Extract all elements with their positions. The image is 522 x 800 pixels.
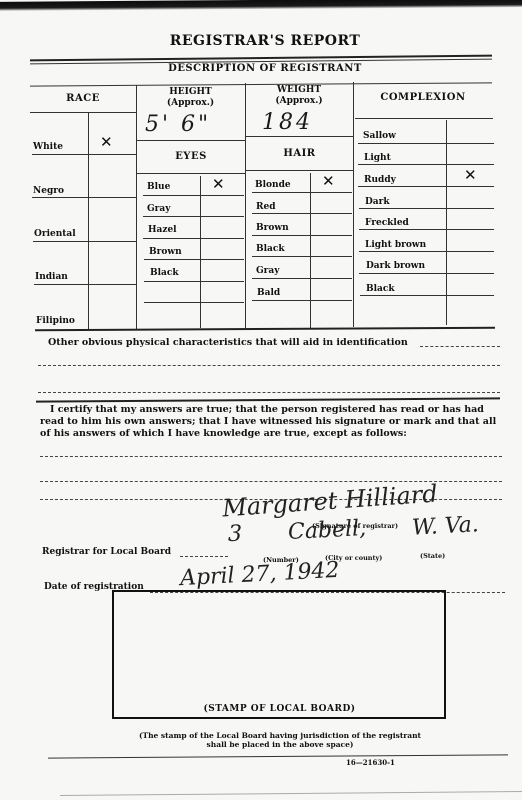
race-indian-checkbox[interactable] [89, 242, 135, 282]
race-header-rule [30, 112, 136, 113]
weight-rule [246, 136, 353, 137]
exceptions-line-1[interactable] [40, 456, 502, 457]
complexion-option-light: Light [364, 153, 391, 163]
race-option-white: White [33, 142, 63, 152]
eyes-row-rule [144, 302, 244, 303]
eyes-option-blue: Blue [147, 182, 170, 192]
eyes-blue-checkbox[interactable]: ✕ [212, 175, 225, 193]
board-state[interactable]: W. Va. [411, 512, 479, 540]
hair-brown-checkbox[interactable] [312, 215, 352, 234]
complexion-row-rule [359, 208, 494, 209]
weight-header-label: WEIGHT [245, 85, 353, 96]
hair-black-checkbox[interactable] [312, 237, 352, 255]
other-characteristics-input[interactable] [420, 346, 500, 347]
hair-option-blonde: Blonde [255, 180, 291, 190]
local-board-stamp-box[interactable] [112, 590, 446, 719]
hair-header: HAIR [246, 148, 353, 159]
race-option-oriental: Oriental [34, 229, 76, 239]
height-header-label: HEIGHT [136, 87, 245, 98]
hair-row-rule [252, 213, 352, 214]
hair-option-black: Black [256, 244, 285, 254]
eyes-row-rule [144, 281, 244, 282]
hair-row-rule [252, 235, 352, 236]
height-header: HEIGHT (Approx.) [136, 87, 245, 109]
complexion-option-light-brown: Light brown [365, 240, 426, 250]
eyes-header: EYES [137, 151, 245, 162]
height-value[interactable]: 5' 6" [145, 112, 211, 137]
complexion-header: COMPLEXION [353, 92, 493, 103]
eyes-option-hazel: Hazel [148, 225, 177, 235]
complexion-row-rule [359, 229, 494, 230]
weight-header-sub: (Approx.) [245, 96, 353, 107]
complexion-option-dark-brown: Dark brown [366, 261, 425, 271]
hair-option-bald: Bald [257, 288, 280, 298]
height-rule [137, 140, 245, 141]
page-edge [60, 791, 522, 796]
local-board-leader [180, 556, 228, 557]
eyes-check-divider [200, 176, 201, 328]
hair-row-rule [252, 300, 352, 301]
stamp-note: (The stamp of the Local Board having jur… [100, 731, 460, 749]
complexion-light-checkbox[interactable] [448, 144, 493, 163]
complexion-light-brown-checkbox[interactable] [448, 231, 493, 250]
stamp-note-line-1: (The stamp of the Local Board having jur… [100, 731, 460, 740]
date-of-registration-value[interactable]: April 27, 1942 [179, 558, 340, 591]
table-bottom-rule [35, 327, 495, 331]
certification-text: I certify that my answers are true; that… [40, 404, 502, 440]
section-subtitle: DESCRIPTION OF REGISTRANT [150, 63, 380, 74]
eyes-black-checkbox[interactable] [202, 261, 244, 280]
complexion-row-rule [360, 295, 494, 296]
col-divider [245, 83, 246, 328]
hair-row-rule [252, 192, 352, 193]
weight-value[interactable]: 184 [262, 110, 313, 135]
race-option-filipino: Filipino [36, 316, 75, 326]
eyes-option-black: Black [150, 268, 179, 278]
height-header-sub: (Approx.) [136, 98, 245, 109]
eyes-gray-checkbox[interactable] [202, 197, 244, 215]
hair-check-divider [310, 173, 311, 328]
section-rule [36, 397, 500, 402]
other-characteristics-line-2[interactable] [38, 365, 500, 366]
complexion-sallow-checkbox[interactable] [448, 122, 493, 142]
eyes-option-gray: Gray [147, 204, 171, 214]
race-filipino-checkbox[interactable] [89, 285, 135, 325]
hair-bald-checkbox[interactable] [312, 280, 352, 299]
race-white-checkbox[interactable]: ✕ [100, 133, 113, 151]
complexion-header-rule [355, 118, 493, 119]
hair-option-gray: Gray [256, 266, 280, 276]
eyes-hazel-checkbox[interactable] [202, 218, 244, 237]
hair-red-checkbox[interactable] [312, 194, 352, 212]
stamp-label: (STAMP OF LOCAL BOARD) [112, 704, 447, 714]
race-option-indian: Indian [35, 272, 68, 282]
complexion-option-ruddy: Ruddy [364, 175, 396, 185]
race-oriental-checkbox[interactable] [89, 198, 135, 239]
board-number[interactable]: 3 [228, 522, 242, 547]
complexion-row-rule [359, 273, 494, 274]
eyes-row-rule [144, 259, 244, 260]
hair-header-rule [246, 170, 353, 171]
complexion-option-sallow: Sallow [363, 131, 396, 141]
complexion-dark-checkbox[interactable] [448, 188, 493, 207]
hair-row-rule [252, 278, 352, 279]
col-divider [353, 82, 354, 327]
complexion-ruddy-checkbox[interactable]: ✕ [464, 166, 477, 184]
complexion-option-black: Black [366, 284, 395, 294]
page-title: REGISTRAR'S REPORT [150, 33, 380, 49]
local-board-label: Registrar for Local Board [42, 547, 171, 557]
scan-edge-shadow [0, 0, 522, 11]
form-number: 16—21630-1 [346, 758, 395, 767]
complexion-black-checkbox[interactable] [448, 275, 493, 294]
stamp-note-line-2: shall be placed in the above space) [100, 740, 460, 749]
eyes-row-rule [143, 216, 244, 217]
race-header: RACE [30, 93, 136, 104]
hair-option-brown: Brown [256, 223, 289, 233]
hair-row-rule [252, 256, 352, 257]
race-negro-checkbox[interactable] [89, 155, 135, 195]
other-characteristics-line-3[interactable] [38, 392, 500, 393]
complexion-option-dark: Dark [365, 197, 390, 207]
eyes-row-rule [143, 195, 244, 196]
complexion-option-freckled: Freckled [365, 218, 409, 228]
complexion-row-rule [359, 251, 494, 252]
complexion-row-rule [358, 164, 494, 165]
registrar-signature[interactable]: Margaret Hilliard [221, 480, 438, 523]
other-characteristics-label: Other obvious physical characteristics t… [48, 337, 408, 349]
complexion-row-rule [358, 186, 494, 187]
eyes-brown-checkbox[interactable] [202, 240, 244, 258]
complexion-dark-brown-checkbox[interactable] [448, 253, 493, 272]
col-divider [136, 85, 137, 330]
hair-gray-checkbox[interactable] [312, 258, 352, 277]
hair-option-red: Red [256, 202, 276, 212]
race-option-negro: Negro [33, 186, 64, 196]
complexion-freckled-checkbox[interactable] [448, 210, 493, 228]
state-caption: (State) [420, 552, 445, 560]
hair-blonde-checkbox[interactable]: ✕ [322, 172, 335, 190]
footer-rule [48, 754, 508, 758]
eyes-header-rule [137, 173, 245, 174]
eyes-row-rule [143, 238, 244, 239]
eyes-option-brown: Brown [149, 247, 182, 257]
board-city[interactable]: Cabell, [287, 516, 366, 545]
weight-header: WEIGHT (Approx.) [245, 85, 353, 107]
